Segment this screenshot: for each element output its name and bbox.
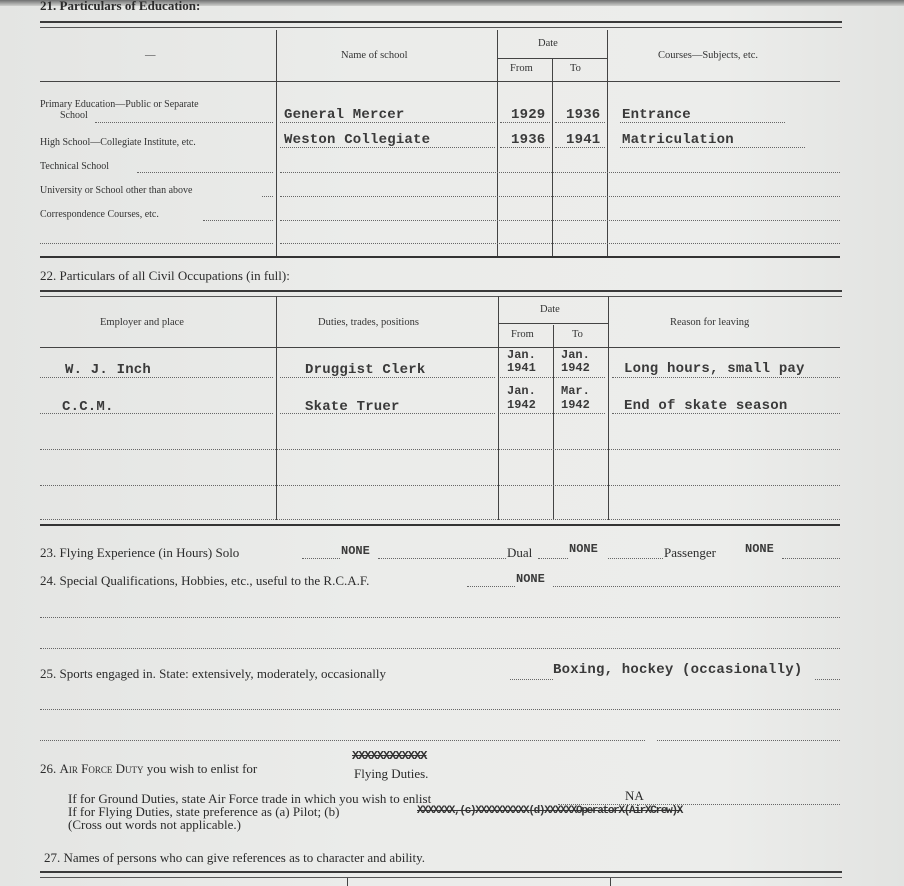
education-header-from: From (510, 63, 533, 74)
occupations-col-divider-4 (608, 296, 609, 520)
occupation-duties-value: Druggist Clerk (305, 362, 425, 378)
flying-dual-label: Dual (507, 545, 532, 561)
occupation-to-month: Mar. (561, 385, 590, 397)
education-row-label-cont: School (60, 110, 88, 121)
dotted-line (378, 558, 506, 559)
dotted-line (555, 147, 605, 148)
flying-passenger-label: Passenger (664, 545, 716, 561)
dotted-line (262, 196, 273, 197)
crossed-out-flying-options: XXXXXXX,(c)XXXXXXXXXX(d)XXXXXXOperatorX(… (417, 805, 682, 817)
dotted-line (280, 196, 840, 197)
dotted-line (40, 519, 840, 520)
dotted-line (500, 377, 605, 378)
dotted-line (612, 413, 840, 414)
sports-value: Boxing, hockey (occasionally) (553, 662, 802, 678)
occupation-reason-value: Long hours, small pay (624, 361, 805, 377)
dotted-line (467, 586, 515, 587)
dotted-line (500, 122, 550, 123)
occupations-col-divider-1 (276, 296, 277, 520)
dotted-line (620, 122, 785, 123)
occupation-to-year: 1942 (561, 399, 590, 411)
dotted-line (137, 172, 273, 173)
occupations-header-to: To (572, 329, 583, 340)
education-school-value: Weston Collegiate (284, 132, 430, 148)
dotted-line (500, 147, 550, 148)
occupation-from-month: Jan. (507, 385, 536, 397)
section-26-suffix: you wish to enlist for (144, 761, 258, 776)
references-col-divider-2 (610, 878, 611, 886)
occupation-reason-value: End of skate season (624, 398, 787, 414)
dotted-line (40, 449, 840, 450)
section-25-label: 25. Sports engaged in. State: extensivel… (40, 666, 386, 682)
section-21-top-rule (40, 21, 842, 28)
education-header-blank: — (145, 50, 156, 61)
dotted-line (612, 377, 840, 378)
dotted-line (555, 122, 605, 123)
dotted-line (510, 679, 553, 680)
dotted-line (40, 617, 840, 618)
education-courses-value: Entrance (622, 107, 691, 123)
references-col-divider-1 (347, 878, 348, 886)
cross-out-note: (Cross out words not applicable.) (68, 818, 241, 831)
dotted-line (280, 122, 495, 123)
education-col-divider-4 (607, 30, 608, 256)
dotted-line (657, 740, 840, 741)
dotted-line (280, 220, 840, 221)
dotted-line (500, 413, 605, 414)
education-school-value: General Mercer (284, 107, 404, 123)
enlist-duty-value: Flying Duties. (354, 766, 428, 782)
section-26-number: 26. (40, 761, 60, 776)
education-date-subrule (498, 58, 607, 59)
dotted-line (203, 220, 273, 221)
section-26-label: 26. Air Force Duty you wish to enlist fo… (40, 761, 257, 777)
ground-duties-value: NA (625, 788, 644, 804)
dotted-line (40, 377, 273, 378)
section-27-label: 27. Names of persons who can give refere… (44, 850, 425, 866)
occupations-header-employer: Employer and place (100, 317, 184, 328)
flying-dual-value: NONE (569, 543, 598, 555)
occupation-from-year: 1942 (507, 399, 536, 411)
dotted-line (302, 558, 340, 559)
education-courses-value: Matriculation (622, 132, 734, 148)
education-row-label: Technical School (40, 161, 109, 172)
occupations-header-from: From (511, 329, 534, 340)
dotted-line (280, 377, 495, 378)
dotted-line (280, 147, 495, 148)
education-header-name-of-school: Name of school (341, 50, 407, 61)
education-header-courses: Courses—Subjects, etc. (658, 50, 758, 61)
occupations-header-duties: Duties, trades, positions (318, 317, 419, 328)
section-24-label: 24. Special Qualifications, Hobbies, etc… (40, 573, 369, 589)
education-to-value: 1941 (566, 132, 600, 148)
dotted-line (40, 243, 273, 244)
occupation-to-year: 1942 (561, 362, 590, 374)
occupation-employer-value: W. J. Inch (65, 362, 151, 378)
occupations-date-subrule (499, 323, 608, 324)
dotted-line (620, 147, 805, 148)
special-qualifications-value: NONE (516, 573, 545, 585)
dotted-line (608, 558, 663, 559)
dotted-line (553, 586, 840, 587)
dotted-line (40, 413, 273, 414)
education-from-value: 1929 (511, 107, 545, 123)
occupations-col-divider-3 (553, 325, 554, 520)
dotted-line (815, 679, 840, 680)
dotted-line (280, 172, 840, 173)
occupations-header-rule (40, 347, 840, 348)
occupation-from-month: Jan. (507, 349, 536, 361)
education-col-divider-1 (276, 30, 277, 256)
occupations-header-reason: Reason for leaving (670, 317, 749, 328)
dotted-line (95, 122, 273, 123)
section-23-label: 23. Flying Experience (in Hours) Solo (40, 545, 239, 561)
section-21-title: 21. Particulars of Education: (40, 0, 200, 14)
section-27-top-rule (40, 871, 842, 878)
education-header-date: Date (538, 38, 558, 49)
occupations-header-date: Date (540, 304, 560, 315)
education-row-label: Correspondence Courses, etc. (40, 209, 159, 220)
education-row-label: High School—Collegiate Institute, etc. (40, 137, 196, 148)
occupation-from-year: 1941 (507, 362, 536, 374)
section-22-title: 22. Particulars of all Civil Occupations… (40, 268, 290, 284)
flying-passenger-value: NONE (745, 543, 774, 555)
dotted-line (280, 413, 495, 414)
dotted-line (782, 558, 840, 559)
education-row-label: Primary Education—Public or Separate (40, 99, 199, 110)
education-from-value: 1936 (511, 132, 545, 148)
education-header-rule (40, 81, 840, 82)
education-to-value: 1936 (566, 107, 600, 123)
dotted-line (40, 740, 645, 741)
dotted-line (40, 648, 840, 649)
crossed-out-ground-duties: XXXXXXXXXXXX (352, 749, 426, 763)
dotted-line (538, 558, 568, 559)
education-bottom-rule (40, 256, 840, 258)
dotted-line (280, 243, 840, 244)
education-col-divider-2 (497, 30, 498, 256)
education-row-label: University or School other than above (40, 185, 192, 196)
occupations-bottom-rule (40, 524, 840, 526)
dotted-line (40, 485, 840, 486)
section-26-caps: Air Force Duty (60, 761, 144, 776)
occupations-col-divider-2 (498, 296, 499, 520)
flying-solo-value: NONE (341, 545, 370, 557)
dotted-line (40, 709, 840, 710)
section-22-top-rule (40, 290, 842, 297)
education-header-to: To (570, 63, 581, 74)
occupation-to-month: Jan. (561, 349, 590, 361)
education-col-divider-3 (552, 58, 553, 256)
